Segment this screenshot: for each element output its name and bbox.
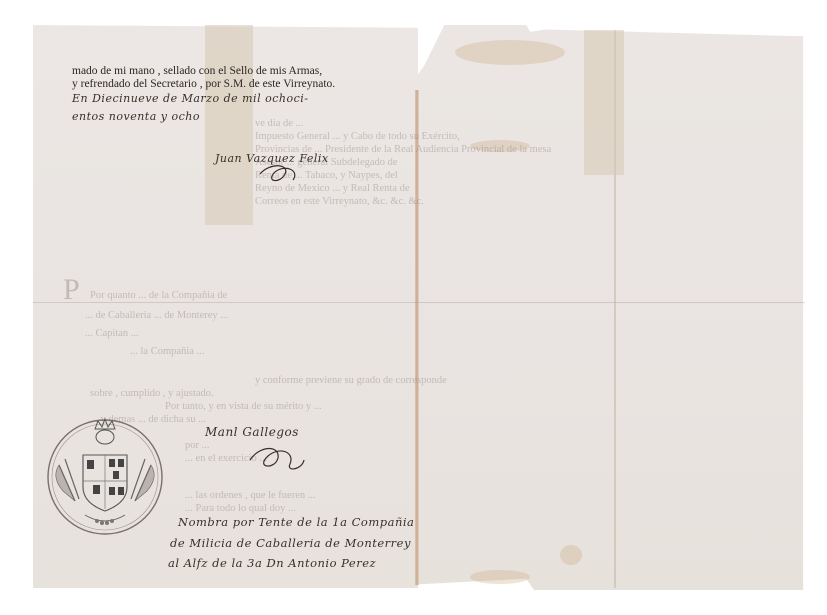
faint-printed-line: Por tanto, y en vista de su mérito y ... [165, 401, 322, 414]
faint-printed-line: ... de Caballeria ... de Monterey ... [85, 310, 228, 323]
faint-printed-line: ve dia de ... [255, 118, 303, 131]
faint-printed-line: Impuesto General ... y Cabo de todo su E… [255, 131, 460, 144]
faint-printed-line: ... la Compañia ... [130, 346, 204, 359]
drop-cap: P [63, 273, 80, 307]
tape-repair-left [205, 25, 253, 225]
center-fold [415, 90, 419, 585]
signature-flourish-2 [240, 440, 310, 475]
handwritten-line: al Alfz de la 3a Dn Antonio Perez [168, 556, 376, 570]
faint-printed-line: y conforme previene su grado de correspo… [255, 375, 447, 388]
handwritten-line: de Milicia de Caballeria de Monterrey [170, 536, 411, 550]
tape-repair-right [584, 30, 624, 175]
stain [455, 40, 565, 65]
faint-printed-line: Por quanto ... de la Compañia de [90, 290, 227, 303]
faint-printed-line: ... Capitan ... [85, 328, 139, 341]
royal-seal-icon [45, 415, 165, 540]
faint-printed-line: Correos en este Virreynato, &c. &c. &c. [255, 196, 424, 209]
faint-printed-line: ... Para todo lo qual doy ... [185, 503, 296, 516]
faint-printed-line: por ... [185, 440, 210, 453]
handwritten-line: entos noventa y ocho [72, 110, 200, 123]
handwritten-line: Nombra por Tente de la 1a Compañia [178, 515, 414, 529]
printed-line: y refrendado del Secretario , por S.M. d… [72, 78, 335, 91]
faint-printed-line: ... las ordenes , que le fueren ... [185, 490, 316, 503]
signature-2: Manl Gallegos [205, 425, 299, 439]
stain [560, 545, 582, 565]
stain [470, 570, 530, 584]
signature-flourish-1 [255, 160, 305, 188]
printed-line: mado de mi mano , sellado con el Sello d… [72, 65, 322, 78]
faint-printed-line: sobre , cumplido , y ajustado. [90, 388, 214, 401]
handwritten-line: En Diecinueve de Marzo de mil ochoci- [72, 92, 308, 105]
